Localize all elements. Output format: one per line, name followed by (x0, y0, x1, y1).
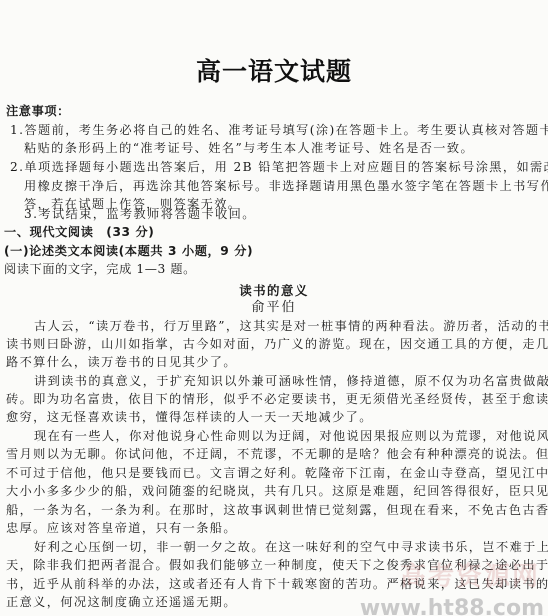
article-author: 俞平伯 (0, 300, 548, 316)
article-line: 现在有一些人，你对他说身心性命则以为迂阔，对他说因果报应则以为荒谬，对他说风花 (34, 428, 548, 444)
notice-heading: 注意事项： (6, 103, 70, 119)
article-line: 忠厚。应该对答皇帝道，只有一条船。 (6, 520, 237, 536)
article-line: 大小小多多少少的船，戏问随銮的纪晓岚，共有几只。这原是难题，纪回答得很好，臣只见… (6, 483, 548, 499)
notice-line: 2.单项选择题每小题选出答案后，用 2B 铅笔把答题卡上对应题目的答案标号涂黑，… (10, 159, 548, 175)
watermark-logo: 高考资源网 (400, 556, 540, 593)
section-instruction: 阅读下面的文字，完成 1—3 题。 (4, 261, 196, 277)
section-subheading: (一)论述类文本阅读(本题共 3 小题，9 分) (4, 243, 253, 259)
page-title: 高一语文试题 (0, 52, 548, 88)
notice-line: 1.答题前，考生务必将自己的姓名、准考证号填写(涂)在答题卡上。考生要认真核对答… (10, 122, 548, 138)
article-line: 不可过于信他，他只是要钱而已。文言谓之好利。乾隆帝下江南，在金山寺登高，望见江中… (6, 465, 548, 481)
article-line: 正意义，何况这制度确立还遥遥无期。 (6, 594, 237, 610)
notice-line: 3.考试结束，监考教师将答题卡收回。 (24, 206, 256, 222)
article-line: 讲到读书的真意义，于扩充知识以外兼可涵咏性情，修持道德，原不仅为功名富贵做敲门 (34, 373, 548, 389)
article-line: 船，一条为名，一条为利。在那时，这故事讽刺世情已觉刻露，但现在看来，不免古色古香… (6, 502, 548, 518)
article-line: 愈穷，这无怪喜欢读书，懂得怎样读的人一天一天地减少了。 (6, 409, 373, 425)
notice-line: 用橡皮擦干净后，再选涂其他答案标号。非选择题请用黑色墨水签字笔在答题卡上书写作 (24, 178, 548, 194)
article-line: 好利之心压倒一切，非一朝一夕之故。在这一味好利的空气中寻求读书乐，岂不难于上青 (34, 539, 548, 555)
exam-page: 高一语文试题 注意事项： 1.答题前，考生务必将自己的姓名、准考证号填写(涂)在… (0, 0, 548, 616)
article-line: 读书则曰卧游，山川如指掌，古今如对面，乃广义的游览。现在，因交通工具的方便，走几… (6, 336, 548, 352)
article-line: 古人云，“读万卷书，行万里路”，这其实是对一桩事情的两种看法。游历者，活动的书本… (34, 318, 548, 334)
notice-line: 粘贴的条形码上的“准考证号、姓名”与考生本人准考证号、姓名是否一致。 (24, 140, 474, 156)
section-heading: 一、现代文阅读 (33 分) (4, 224, 154, 240)
article-line: 砖。即为功名富贵，依目下的情形，似乎不必定要读书，更无须借光圣经贤传，甚至于愈读… (6, 391, 548, 407)
article-title: 读书的意义 (0, 283, 548, 299)
article-line: 路不算什么，读万卷书的日见其少了。 (6, 354, 237, 370)
article-line: 雪月则以为无聊。你试问他，不迂阔，不荒谬，不无聊的是啥？他会有种种漂亮的说法。但… (6, 446, 548, 462)
watermark-url: www.ht88.com (360, 596, 544, 616)
